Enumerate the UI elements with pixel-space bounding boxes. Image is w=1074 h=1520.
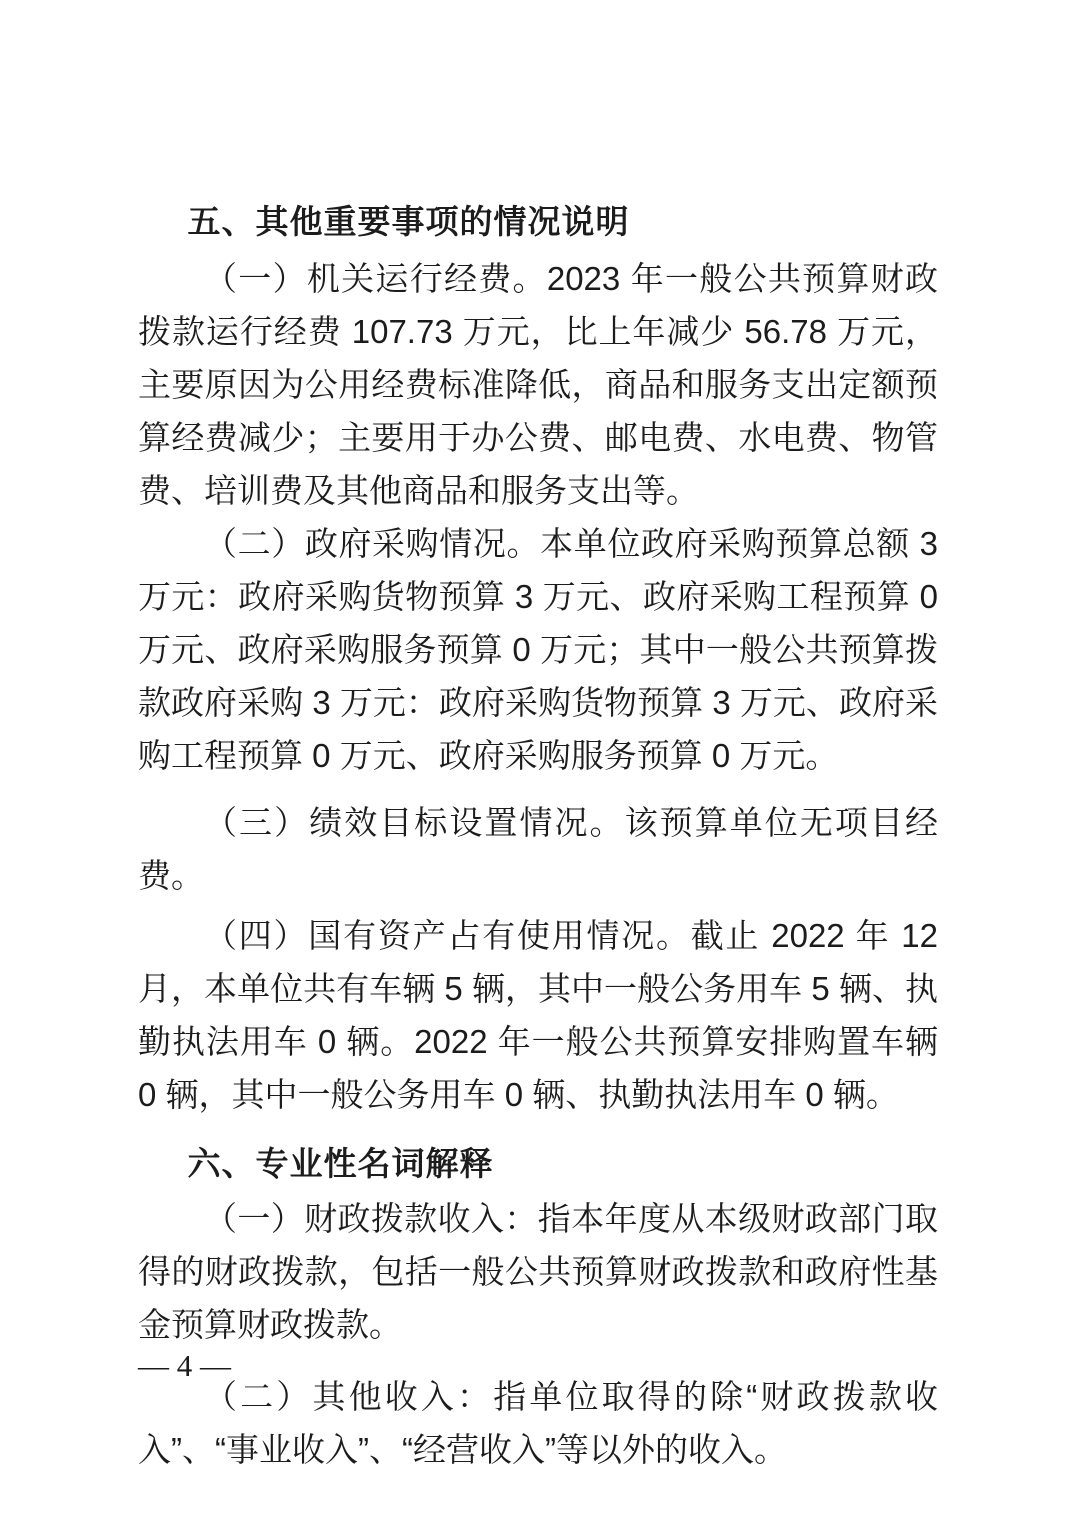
paragraph-fiscal-appropriation-income-definition: （一）财政拨款收入：指本年度从本级财政部门取得的财政拨款，包括一般公共预算财政拨… xyxy=(138,1192,938,1351)
paragraph-performance-targets: （三）绩效目标设置情况。该预算单位无项目经费。 xyxy=(138,796,938,902)
section-5-heading: 五、其他重要事项的情况说明 xyxy=(138,195,938,248)
page-number: — 4 — xyxy=(138,1346,231,1386)
paragraph-other-income-definition: （二）其他收入：指单位取得的除“财政拨款收入”、“事业收入”、“经营收入”等以外… xyxy=(138,1370,938,1476)
document-page: 五、其他重要事项的情况说明 （一）机关运行经费。2023 年一般公共预算财政拨款… xyxy=(0,0,1074,1520)
paragraph-state-owned-assets: （四）国有资产占有使用情况。截止 2022 年 12 月，本单位共有车辆 5 辆… xyxy=(138,909,938,1121)
section-6-heading: 六、专业性名词解释 xyxy=(138,1137,938,1190)
paragraph-government-procurement: （二）政府采购情况。本单位政府采购预算总额 3 万元：政府采购货物预算 3 万元… xyxy=(138,517,938,782)
paragraph-agency-operating-expenses: （一）机关运行经费。2023 年一般公共预算财政拨款运行经费 107.73 万元… xyxy=(138,252,938,517)
document-body: 五、其他重要事项的情况说明 （一）机关运行经费。2023 年一般公共预算财政拨款… xyxy=(138,195,938,1476)
